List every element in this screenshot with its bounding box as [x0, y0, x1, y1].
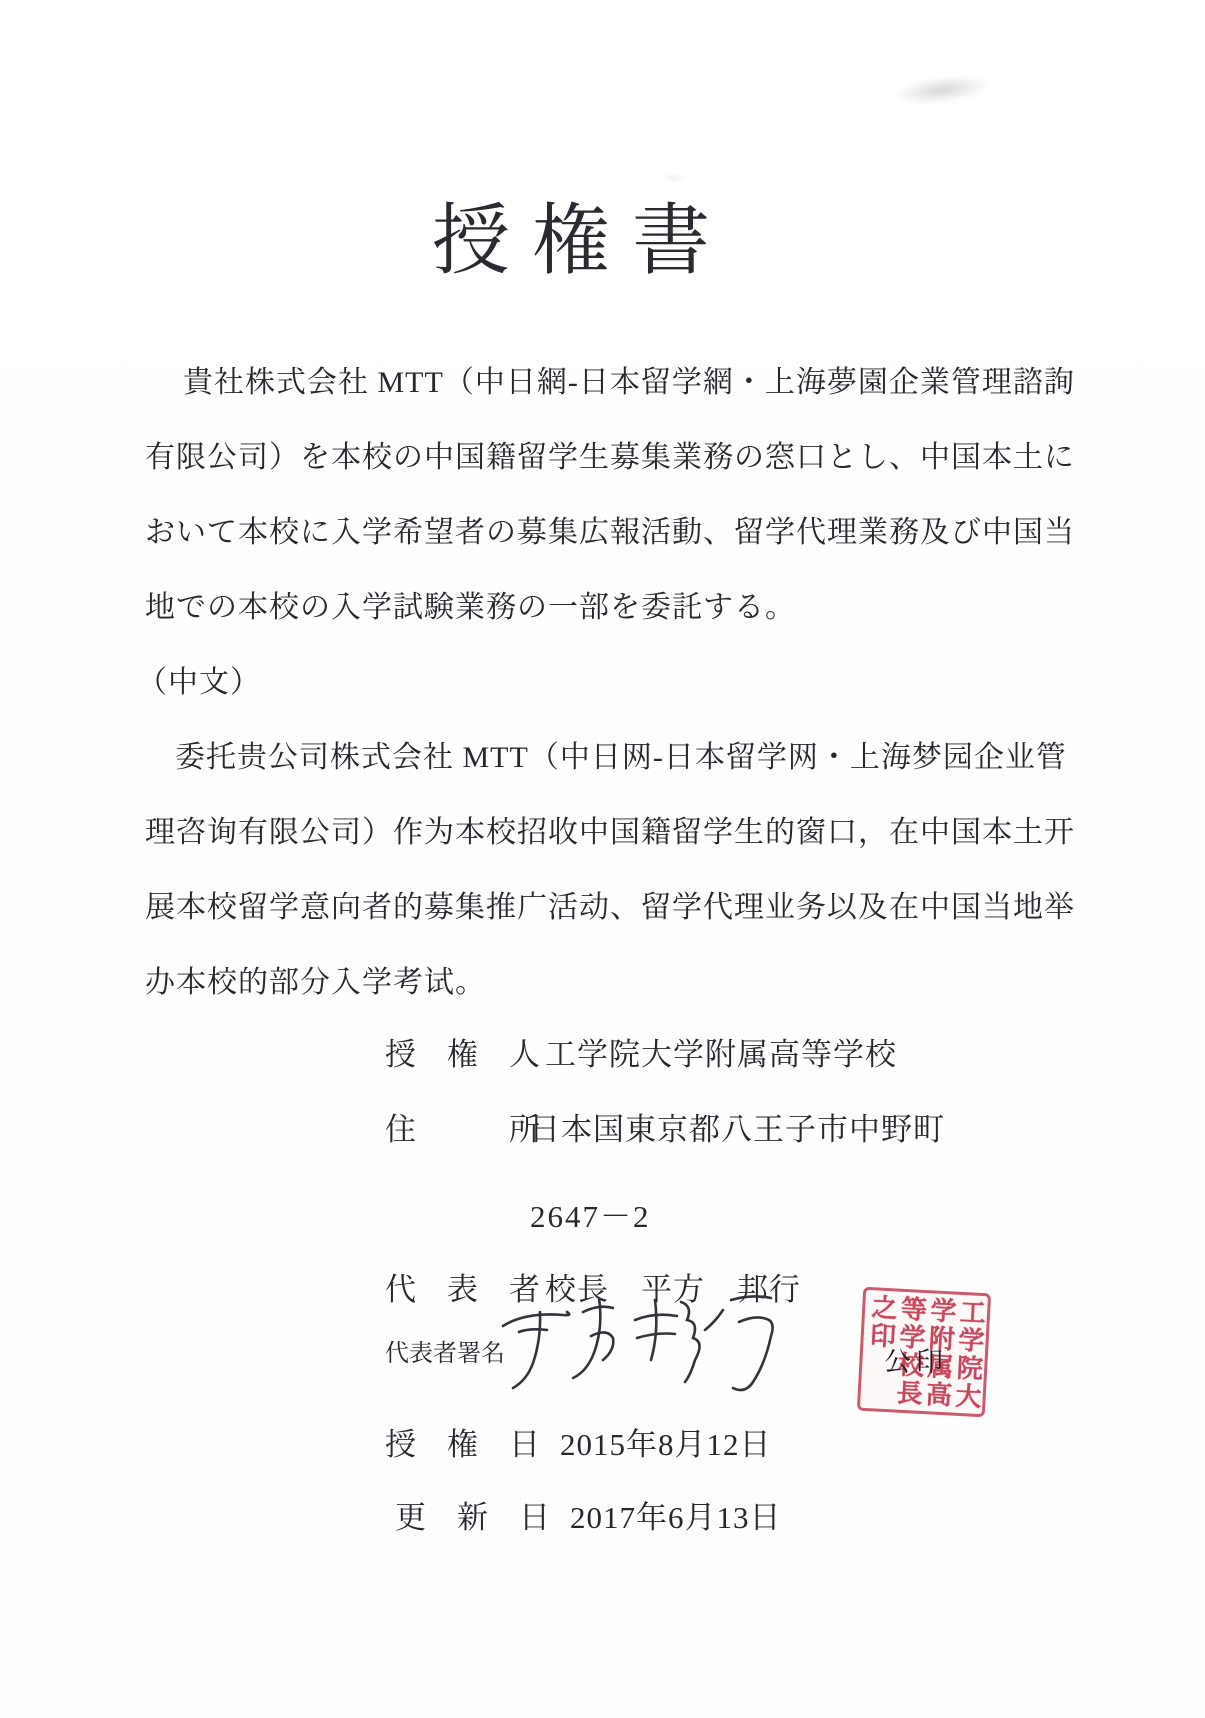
field-value: 2017年6月13日	[570, 1492, 782, 1537]
field-address-line2: 2647－2	[530, 1191, 651, 1236]
field-value: 日本国東京都八王子市中野町	[529, 1104, 945, 1149]
field-value: 工学院大学附属高等学校	[545, 1029, 897, 1074]
document-body: 貴社株式会社 MTT（中日網‐日本留学網・上海夢園企業管理諮詢 有限公司）を本校…	[145, 345, 985, 1020]
japanese-paragraph-line: 地での本校の入学試験業務の一部を委託する。	[145, 570, 985, 645]
chinese-paragraph-line: 展本校留学意向者的募集推广活动、留学代理业务以及在中国当地举	[145, 870, 985, 945]
seal-overlay-label: 公印	[884, 1340, 948, 1379]
field-value: 2015年8月12日	[560, 1419, 772, 1464]
field-label: 授 権 人	[385, 1029, 515, 1074]
field-label: 代表者署名	[385, 1333, 505, 1368]
scan-smudge	[897, 73, 987, 108]
chinese-paragraph-line: 理咨询有限公司）作为本校招收中国籍留学生的窗口，在中国本土开	[145, 795, 985, 870]
field-authorized-date: 授 権 日 2015年8月12日	[385, 1419, 772, 1464]
chinese-paragraph-line: 委托贵公司株式会社 MTT（中日网‐日本留学网・上海梦园企业管	[145, 720, 985, 795]
field-label: 授 権 日	[385, 1419, 515, 1464]
chinese-paragraph-line: 办本校的部分入学考试。	[145, 945, 985, 1020]
handwritten-signature	[495, 1288, 785, 1400]
seal-text-column: 工学院大	[952, 1298, 984, 1411]
field-address: 住 所 日本国東京都八王子市中野町	[385, 1104, 945, 1149]
document-title: 授権書	[432, 178, 732, 290]
field-signature: 代表者署名	[385, 1333, 505, 1368]
scanned-document-page: 授権書 貴社株式会社 MTT（中日網‐日本留学網・上海夢園企業管理諮詢 有限公司…	[0, 0, 1205, 1718]
field-authorizer: 授 権 人 工学院大学附属高等学校	[385, 1029, 897, 1074]
field-label: 更 新 日	[395, 1492, 525, 1537]
japanese-paragraph-line: おいて本校に入学希望者の募集広報活動、留学代理業務及び中国当	[145, 495, 985, 570]
japanese-paragraph-line: 貴社株式会社 MTT（中日網‐日本留学網・上海夢園企業管理諮詢	[145, 345, 985, 420]
field-renewed-date: 更 新 日 2017年6月13日	[395, 1492, 782, 1537]
scan-smudge	[664, 226, 690, 233]
japanese-paragraph-line: 有限公司）を本校の中国籍留学生募集業務の窓口とし、中国本土に	[145, 420, 985, 495]
chinese-section-marker: （中文）	[137, 645, 985, 720]
field-label: 住 所	[385, 1104, 515, 1149]
scan-smudge	[664, 175, 684, 181]
